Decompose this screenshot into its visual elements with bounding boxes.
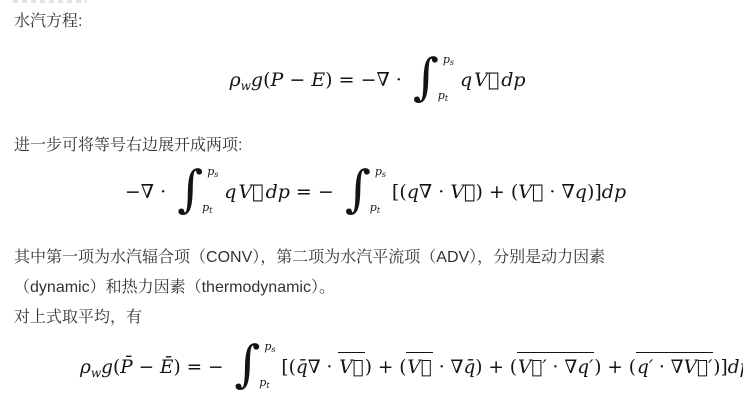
vector-V-prime: V⃗′ xyxy=(518,357,547,378)
overline-eddy-term-2: q′ · ∇V⃗′ xyxy=(636,352,713,381)
equals-nabla-token: ) = −∇ · xyxy=(325,69,408,91)
integral-upper-limit: ps xyxy=(261,342,278,352)
dp-differential: dp xyxy=(266,181,290,203)
nabla-token: · ∇ xyxy=(653,357,684,378)
plus-token: ) + ( xyxy=(365,357,407,378)
integral-upper-limit: ps xyxy=(440,55,457,65)
dp-differential: dp xyxy=(501,69,525,91)
open-bracket: [( xyxy=(392,181,407,203)
heading-expand-two-terms: 进一步可将等号右边展开成两项: xyxy=(14,135,729,157)
vector-V: V⃗ xyxy=(238,181,263,203)
q-prime: q′ xyxy=(577,357,593,378)
equals-minus-token: ) = − xyxy=(173,357,229,378)
term-conv: CONV xyxy=(206,249,252,266)
math-token: q xyxy=(575,181,587,203)
limit-subscript: s xyxy=(271,345,275,354)
math-token: q xyxy=(224,181,236,203)
term-thermodynamic: thermodynamic xyxy=(202,279,311,296)
integral: ∫pspt xyxy=(177,166,221,212)
minus-operator: − xyxy=(133,357,160,378)
plus-token: ) + ( xyxy=(475,357,517,378)
math-token: q xyxy=(407,181,419,203)
bar-over-vector-V: V⃗ xyxy=(338,352,364,381)
nabla-token: ∇ · xyxy=(419,181,450,203)
math-token: g xyxy=(101,357,113,378)
article-content: 水汽方程: ρwg(P − E) = −∇ · ∫psptqV⃗dp 进一步可将… xyxy=(0,0,743,393)
explanatory-paragraph: 其中第一项为水汽辐合项（CONV），第二项为水汽平流项（ADV），分别是动力因素… xyxy=(14,243,729,333)
integral-lower-limit: pt xyxy=(250,378,278,388)
vector-V: V⃗ xyxy=(450,181,475,203)
vector-V-prime: V⃗′ xyxy=(684,357,713,378)
nabla-token: · ∇ xyxy=(547,357,578,378)
limit-subscript: t xyxy=(445,94,448,103)
limit-subscript: t xyxy=(377,206,380,215)
text-run: ）和热力因素（ xyxy=(90,279,202,296)
integral: ∫pspt xyxy=(413,54,457,100)
close-bracket: )] xyxy=(713,357,727,378)
integral-upper-limit: ps xyxy=(372,167,389,177)
nabla-token: · ∇ xyxy=(543,181,574,203)
text-run: 对上式取平均，有 xyxy=(14,309,142,326)
math-token: P xyxy=(270,69,283,91)
term-adv: ADV xyxy=(436,249,469,266)
limit-base: p xyxy=(443,53,450,66)
limit-subscript: s xyxy=(450,58,454,67)
text-run: ）。 xyxy=(311,279,335,296)
subscript-w: w xyxy=(241,79,251,93)
close-bracket: )] xyxy=(587,181,602,203)
heading-text: 水汽方程: xyxy=(14,13,82,30)
integral-limits: pspt xyxy=(371,166,389,212)
text-run: ），分别是动力因素 xyxy=(469,249,605,266)
q-bar: q̄ xyxy=(463,357,475,378)
limit-base: p xyxy=(259,376,266,389)
nabla-token: ∇ · xyxy=(308,357,339,378)
integral-lower-limit: pt xyxy=(429,91,457,101)
dp-differential: dp xyxy=(728,357,743,378)
vector-V: V⃗ xyxy=(518,181,543,203)
vector-V: V⃗ xyxy=(407,357,431,378)
clipped-text-remnant xyxy=(13,0,87,3)
equation-averaged: ρwg(P̄ − Ē) = − ∫pspt[(q̄∇ · V⃗) + (V⃗ … xyxy=(14,343,729,393)
open-bracket: [( xyxy=(281,357,295,378)
q-prime: q′ xyxy=(637,357,653,378)
heading-text: 进一步可将等号右边展开成两项: xyxy=(14,137,242,154)
limit-subscript: s xyxy=(382,170,386,179)
integral-upper-limit: ps xyxy=(204,167,221,177)
nabla-token: · ∇ xyxy=(433,357,464,378)
integral-limits: pspt xyxy=(203,166,221,212)
rho-symbol: ρ xyxy=(229,69,240,91)
paragraph-line-average: 对上式取平均，有 xyxy=(14,303,729,333)
equation-water-vapor: ρwg(P − E) = −∇ · ∫psptqV⃗dp xyxy=(14,55,729,105)
text-run: 其中第一项为水汽辐合项（ xyxy=(14,249,206,266)
limit-subscript: t xyxy=(266,381,269,390)
limit-base: p xyxy=(438,89,445,102)
integral-limits: pspt xyxy=(439,54,457,100)
dp-differential: dp xyxy=(602,181,626,203)
math-token: q xyxy=(460,69,472,91)
paragraph-line: （dynamic）和热力因素（thermodynamic）。 xyxy=(14,273,729,303)
limit-base: p xyxy=(264,340,271,353)
term-dynamic: dynamic xyxy=(30,279,90,296)
E-bar: Ē xyxy=(160,357,174,378)
limit-base: p xyxy=(202,201,209,214)
overline-eddy-term-1: V⃗′ · ∇q′ xyxy=(517,352,594,381)
plus-token: ) + ( xyxy=(475,181,518,203)
text-run: ），第二项为水汽平流项（ xyxy=(252,249,436,266)
math-token: g xyxy=(251,69,263,91)
P-bar: P̄ xyxy=(120,357,132,378)
limit-base: p xyxy=(375,165,382,178)
nabla-token: −∇ · xyxy=(125,181,172,203)
integral: ∫pspt xyxy=(345,166,389,212)
integral-lower-limit: pt xyxy=(361,203,389,213)
limit-base: p xyxy=(207,165,214,178)
limit-subscript: s xyxy=(214,170,218,179)
paragraph-line: 其中第一项为水汽辐合项（CONV），第二项为水汽平流项（ADV），分别是动力因素 xyxy=(14,243,729,273)
heading-water-vapor-equation: 水汽方程: xyxy=(14,11,729,33)
equals-minus-token: = − xyxy=(290,181,340,203)
text-run: （ xyxy=(14,279,30,296)
q-bar: q̄ xyxy=(296,357,308,378)
integral-limits: pspt xyxy=(260,341,278,387)
equation-expansion: −∇ · ∫psptqV⃗dp = − ∫pspt[(q∇ · V⃗) + (V… xyxy=(14,167,729,217)
vector-V: V⃗ xyxy=(339,357,363,378)
rho-symbol: ρ xyxy=(80,357,91,378)
bar-over-vector-V: V⃗ xyxy=(406,352,432,381)
minus-operator: − xyxy=(283,69,311,91)
limit-base: p xyxy=(370,201,377,214)
math-token: E xyxy=(311,69,325,91)
plus-token: ) + ( xyxy=(594,357,636,378)
integral: ∫pspt xyxy=(234,341,278,387)
vector-V: V⃗ xyxy=(474,69,499,91)
integral-lower-limit: pt xyxy=(193,203,221,213)
limit-subscript: t xyxy=(209,206,212,215)
subscript-w: w xyxy=(91,366,101,380)
